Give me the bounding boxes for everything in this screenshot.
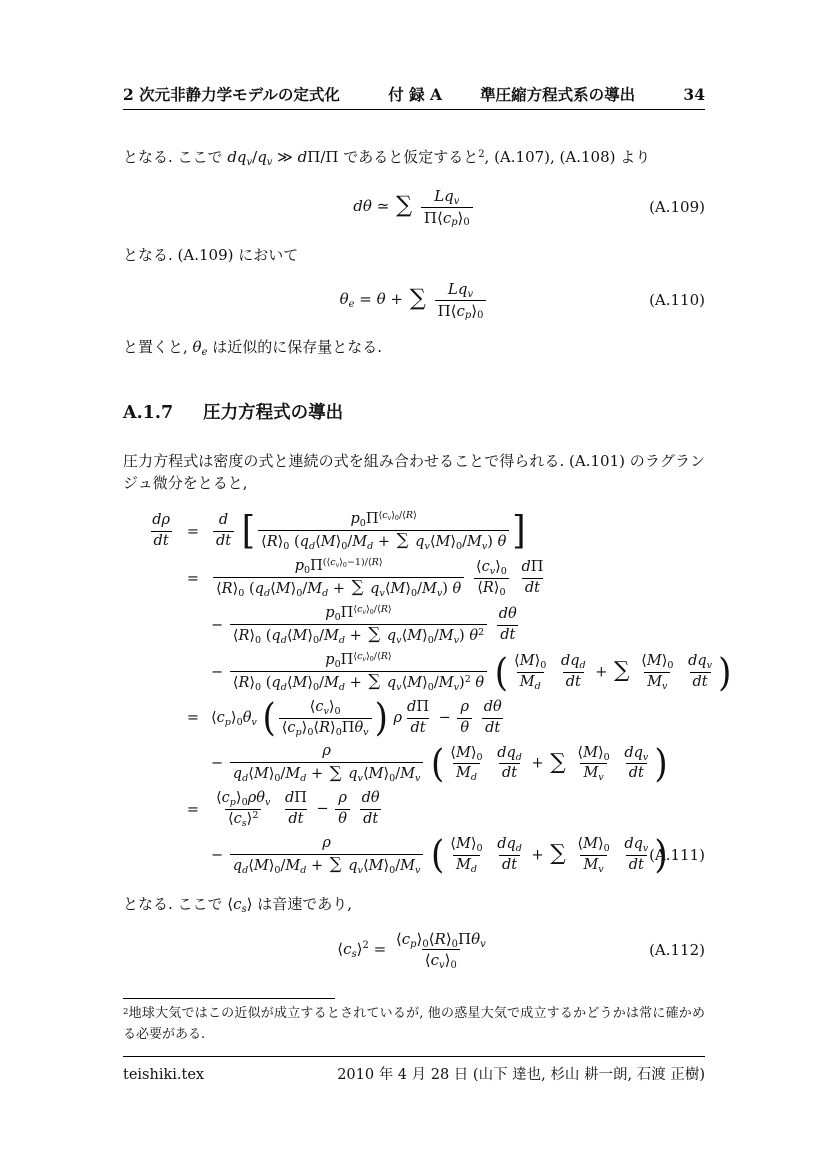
header-appendix-label: 付 録 A: [388, 84, 442, 105]
paragraph-intro-a109: となる. ここで dqv/qv ≫ dΠ/Π であると仮定すると2, (A.10…: [123, 146, 705, 171]
equation-relation: =: [175, 802, 211, 818]
equation-row: − ρqd⟨M⟩0/Md + ∑ qv⟨M⟩0/Mv (⟨M⟩0Md dqddt…: [123, 834, 705, 877]
equation-a111: dρdt=ddt [p0Π⟨cv⟩0/⟨R⟩⟨R⟩0 (qd⟨M⟩0/Md + …: [123, 510, 705, 877]
equation-lhs: dρdt: [123, 511, 175, 551]
equation-row: =p0Π(⟨cv⟩0−1)/⟨R⟩⟨R⟩0 (qd⟨M⟩0/Md + ∑ qv⟨…: [123, 557, 705, 600]
footnote-rule: [123, 998, 335, 999]
equation-rhs: p0Π(⟨cv⟩0−1)/⟨R⟩⟨R⟩0 (qd⟨M⟩0/Md + ∑ qv⟨M…: [211, 557, 705, 600]
equation-rhs: − ρqd⟨M⟩0/Md + ∑ qv⟨M⟩0/Mv (⟨M⟩0Md dqddt…: [211, 834, 705, 877]
paragraph-theta-e-conserved: と置くと, θe は近似的に保存量となる.: [123, 336, 705, 361]
equation-relation: =: [175, 710, 211, 726]
footnote: 2地球大気ではこの近似が成立するとされているが, 他の惑星大気で成立するかどうか…: [123, 998, 705, 1044]
equation-a112: ⟨cs⟩2 = ⟨cp⟩0⟨R⟩0Πθv⟨cv⟩0 (A.112): [123, 926, 705, 974]
running-header: 2 次元非静力学モデルの定式化 付 録 A 準圧縮方程式系の導出 34: [123, 84, 705, 105]
header-appendix-title: 準圧縮方程式系の導出: [480, 84, 635, 105]
equation-rhs: ddt [p0Π⟨cv⟩0/⟨R⟩⟨R⟩0 (qd⟨M⟩0/Md + ∑ qv⟨…: [211, 510, 705, 553]
header-appendix: 付 録 A 準圧縮方程式系の導出: [388, 84, 635, 105]
equation-relation: =: [175, 524, 211, 540]
section-number: A.1.7: [123, 403, 173, 423]
equation-rhs: − p0Π⟨cv⟩0/⟨R⟩⟨R⟩0 (qd⟨M⟩0/Md + ∑ qv⟨M⟩0…: [211, 651, 732, 694]
section-title: 圧力方程式の導出: [203, 403, 343, 423]
equation-a110-number: (A.110): [649, 291, 705, 309]
document-page: 2 次元非静力学モデルの定式化 付 録 A 準圧縮方程式系の導出 34 となる.…: [0, 0, 826, 1169]
footnote-text: 2地球大気ではこの近似が成立するとされているが, 他の惑星大気で成立するかどうか…: [123, 1004, 705, 1044]
equation-a110: θe = θ + ∑ LqvΠ⟨cp⟩0 (A.110): [123, 276, 705, 324]
equation-row: =⟨cp⟩0ρθv⟨cs⟩2 dΠdt − ρθ dθdt: [123, 789, 705, 829]
equation-a111-number: (A.111): [649, 846, 705, 864]
equation-a109-math: dθ ≃ ∑ LqvΠ⟨cp⟩0: [353, 186, 474, 228]
page-number: 34: [683, 84, 705, 105]
equation-a109: dθ ≃ ∑ LqvΠ⟨cp⟩0 (A.109): [123, 183, 705, 231]
page-footer: teishiki.tex 2010 年 4 月 28 日 (山下 達也, 杉山 …: [123, 1056, 705, 1084]
equation-row: − p0Π⟨cv⟩0/⟨R⟩⟨R⟩0 (qd⟨M⟩0/Md + ∑ qv⟨M⟩0…: [123, 651, 705, 694]
equation-relation: =: [175, 571, 211, 587]
equation-rhs: − p0Π⟨cv⟩0/⟨R⟩⟨R⟩0 (qd⟨M⟩0/Md + ∑ qv⟨M⟩0…: [211, 604, 705, 647]
page-content: 2 次元非静力学モデルの定式化 付 録 A 準圧縮方程式系の導出 34 となる.…: [123, 0, 705, 986]
footer-rule: [123, 1056, 705, 1057]
equation-a109-number: (A.109): [649, 198, 705, 216]
equation-rhs: ⟨cp⟩0θv (⟨cv⟩0⟨cp⟩0⟨R⟩0Πθv) ρdΠdt − ρθ d…: [211, 698, 705, 738]
equation-a110-math: θe = θ + ∑ LqvΠ⟨cp⟩0: [340, 279, 489, 321]
paragraph-intro-a110: となる. (A.109) において: [123, 244, 705, 266]
paragraph-sound-speed: となる. ここで ⟨cs⟩ は音速であり,: [123, 893, 705, 918]
equation-rhs: ⟨cp⟩0ρθv⟨cs⟩2 dΠdt − ρθ dθdt: [211, 789, 705, 829]
equation-row: − ρqd⟨M⟩0/Md + ∑ qv⟨M⟩0/Mv (⟨M⟩0Md dqddt…: [123, 742, 705, 785]
footer-date-authors: 2010 年 4 月 28 日 (山下 達也, 杉山 耕一朗, 石渡 正樹): [337, 1063, 705, 1084]
equation-row: − p0Π⟨cv⟩0/⟨R⟩⟨R⟩0 (qd⟨M⟩0/Md + ∑ qv⟨M⟩0…: [123, 604, 705, 647]
header-rule: [123, 109, 705, 110]
equation-a112-number: (A.112): [649, 941, 705, 959]
paragraph-pressure-eq-intro: 圧力方程式は密度の式と連続の式を組み合わせることで得られる. (A.101) の…: [123, 450, 705, 494]
section-heading: A.1.7圧力方程式の導出: [123, 401, 705, 426]
footer-filename: teishiki.tex: [123, 1067, 204, 1083]
equation-a112-math: ⟨cs⟩2 = ⟨cp⟩0⟨R⟩0Πθv⟨cv⟩0: [337, 929, 490, 971]
equation-rhs: − ρqd⟨M⟩0/Md + ∑ qv⟨M⟩0/Mv (⟨M⟩0Md dqddt…: [211, 742, 705, 785]
header-chapter-title: 2 次元非静力学モデルの定式化: [123, 84, 340, 105]
equation-row: =⟨cp⟩0θv (⟨cv⟩0⟨cp⟩0⟨R⟩0Πθv) ρdΠdt − ρθ …: [123, 698, 705, 738]
equation-row: dρdt=ddt [p0Π⟨cv⟩0/⟨R⟩⟨R⟩0 (qd⟨M⟩0/Md + …: [123, 510, 705, 553]
